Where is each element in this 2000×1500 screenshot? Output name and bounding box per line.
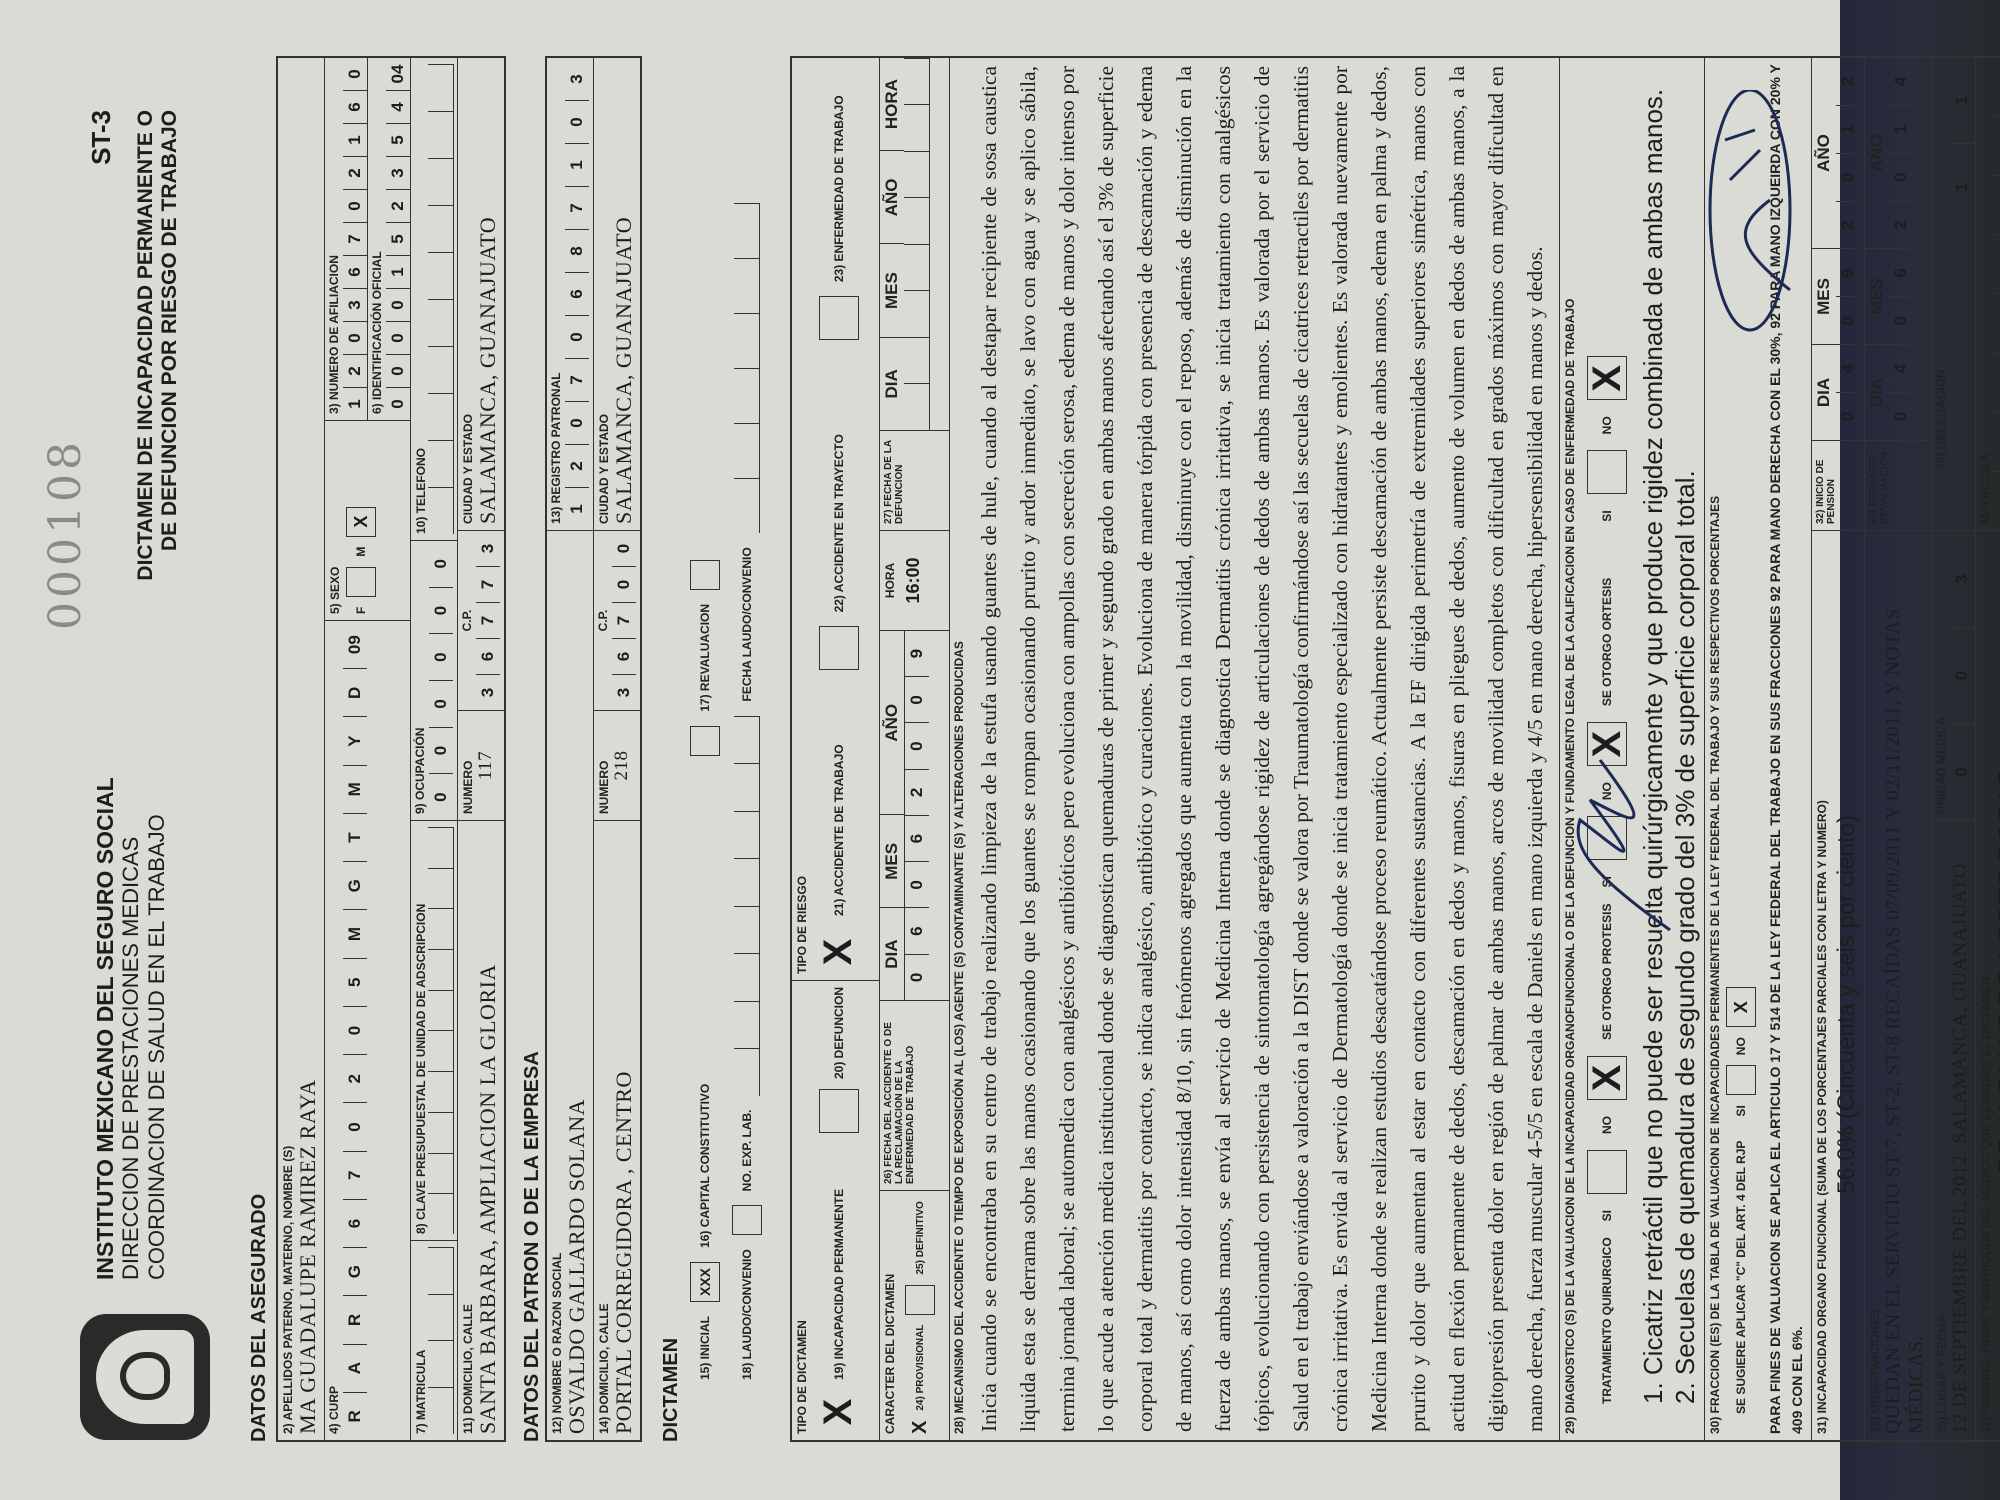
digit-cell: 0 bbox=[1994, 234, 2000, 293]
ocupacion-field: 000000 bbox=[429, 541, 453, 820]
empty-entry-cell[interactable] bbox=[428, 1071, 454, 1112]
digit-cell: 5 bbox=[343, 958, 367, 1006]
digit-cell: 0 bbox=[343, 1006, 367, 1054]
dictamen-options: 15) INICIAL XXX 16) CAPITAL CONSTITUTIVO… bbox=[690, 80, 762, 1380]
empty-entry-cell[interactable] bbox=[428, 1341, 454, 1388]
digit-cell: 9 bbox=[1836, 249, 1860, 297]
digit-cell: 1 bbox=[343, 387, 367, 420]
sexo-f-checkbox[interactable] bbox=[346, 567, 376, 597]
handwritten-folio: 000108 bbox=[40, 438, 91, 630]
empty-entry-cell[interactable] bbox=[428, 1294, 454, 1341]
mecanismo-text: Inicia cuando se encontraba en su centro… bbox=[968, 58, 1559, 1440]
accidente-trabajo-checkbox[interactable]: X bbox=[819, 930, 859, 974]
patron-block: 12) NOMBRE O RAZON SOCIALOSVALDO GALLARD… bbox=[545, 56, 642, 1442]
asegurado-domicilio: SANTA BARBARA, AMPLIACION LA GLORIA bbox=[475, 827, 501, 1434]
digit-cell: 0 bbox=[429, 680, 453, 727]
digit-cell: 0 bbox=[386, 354, 410, 387]
digit-cell: 9 bbox=[1994, 175, 2000, 234]
digit-cell: 2 bbox=[343, 1054, 367, 1102]
digit-cell: 0 bbox=[343, 58, 367, 90]
digit-cell: 4 bbox=[1889, 58, 1913, 105]
digit-cell: 6 bbox=[1994, 58, 2000, 116]
capital-checkbox[interactable] bbox=[690, 726, 720, 756]
digit-cell: 0 bbox=[905, 676, 929, 722]
empty-entry-cell[interactable] bbox=[734, 763, 760, 811]
digit-cell: 7 bbox=[612, 602, 636, 638]
digit-cell: 0 bbox=[343, 321, 367, 354]
medico-nombre: DR ALEJANDRO LOPEZ ROSAS bbox=[1993, 537, 2000, 1434]
digit-cell: 0 bbox=[429, 541, 453, 587]
empty-entry-cell[interactable] bbox=[428, 1030, 454, 1071]
protesis-no-checkbox[interactable]: X bbox=[1587, 722, 1627, 766]
digit-cell: 7 bbox=[343, 222, 367, 255]
empty-entry-cell[interactable] bbox=[734, 203, 760, 258]
digit-cell: 0 bbox=[1889, 296, 1913, 344]
digit-cell: T bbox=[343, 813, 367, 861]
digit-cell: 4 bbox=[386, 90, 410, 123]
section-patron: DATOS DEL PATRON O DE LA EMPRESA bbox=[521, 1051, 544, 1442]
digit-cell: 3 bbox=[386, 156, 410, 189]
enfermedad-checkbox[interactable] bbox=[819, 296, 859, 340]
observaciones-text: QUEDAN EN EL SERVICIO ST-7, ST-2, ST-8 R… bbox=[1882, 537, 1928, 1434]
empty-entry-cell[interactable] bbox=[428, 1193, 454, 1234]
digit-cell: 8 bbox=[1994, 116, 2000, 175]
provisional-mark[interactable]: X bbox=[909, 1421, 932, 1434]
empty-entry-cell[interactable] bbox=[428, 299, 454, 346]
digit-cell: 0 bbox=[612, 566, 636, 602]
empty-entry-cell[interactable] bbox=[428, 440, 454, 487]
empty-entry-cell[interactable] bbox=[428, 990, 454, 1031]
digit-cell: 0 bbox=[1889, 392, 1913, 440]
medico-matricula: 98380986 bbox=[1994, 58, 2000, 530]
digit-cell: 09 bbox=[343, 621, 367, 668]
digit-cell: 0 bbox=[905, 954, 929, 1000]
digit-cell: 0 bbox=[343, 189, 367, 222]
sexo-m-checkbox[interactable]: X bbox=[346, 507, 376, 537]
form-title: DICTAMEN DE INCAPACIDAD PERMANENTE O DE … bbox=[134, 110, 182, 581]
digit-cell: Y bbox=[343, 716, 367, 764]
inicio-pension: 04092012 bbox=[1836, 58, 1860, 440]
digit-cell: 9 bbox=[905, 631, 929, 676]
digit-cell: 1 bbox=[1950, 58, 1974, 144]
digit-cell: 7 bbox=[476, 602, 500, 638]
empty-entry-cell[interactable] bbox=[734, 368, 760, 423]
protesis-si-checkbox[interactable] bbox=[1587, 816, 1627, 860]
empty-entry-cell[interactable] bbox=[428, 1247, 454, 1294]
empty-entry-cell[interactable] bbox=[734, 858, 760, 906]
digit-cell: 3 bbox=[476, 674, 500, 710]
digit-cell: 04 bbox=[386, 58, 410, 90]
digit-cell: 0 bbox=[905, 723, 929, 769]
empty-entry-cell[interactable] bbox=[428, 827, 454, 868]
digit-cell: 0 bbox=[429, 773, 453, 820]
digit-cell: 3 bbox=[565, 58, 589, 100]
rjp-no-checkbox[interactable]: X bbox=[1726, 987, 1756, 1027]
digit-cell: 0 bbox=[565, 315, 589, 358]
digit-cell: 6 bbox=[905, 815, 929, 861]
digit-cell: 6 bbox=[612, 638, 636, 674]
empty-entry-cell[interactable] bbox=[428, 868, 454, 909]
digit-cell: 0 bbox=[1950, 723, 1974, 820]
empty-entry-cell[interactable] bbox=[734, 811, 760, 859]
digit-cell: 0 bbox=[386, 321, 410, 354]
empty-entry-cell[interactable] bbox=[734, 423, 760, 478]
digit-cell: 0 bbox=[429, 587, 453, 634]
digit-cell: 1 bbox=[386, 255, 410, 288]
digit-cell: 1 bbox=[343, 123, 367, 156]
fecha-revaluacion: 04062014 bbox=[1889, 58, 1913, 440]
asegurado-nombre: MA GUADALUPE RAMIREZ RAYA bbox=[295, 64, 321, 1434]
diagnostico-item: 2. Secuelas de quemadura de segundo grad… bbox=[1669, 64, 1701, 1434]
empty-entry-cell[interactable] bbox=[428, 908, 454, 949]
empty-entry-cell[interactable] bbox=[428, 111, 454, 158]
rjp-si-checkbox[interactable] bbox=[1726, 1065, 1756, 1095]
digit-cell: 8 bbox=[1994, 294, 2000, 353]
incapacidad-porcentaje: 56.0% (Cincuenta y seis por ciento) bbox=[1833, 537, 1861, 1434]
curp-field: RARG670205MGTMYD09 bbox=[343, 621, 367, 1440]
empty-entry-cell[interactable] bbox=[734, 478, 760, 533]
digit-cell: 1 bbox=[1836, 105, 1860, 153]
digit-cell: G bbox=[343, 861, 367, 909]
empty-entry-cell[interactable] bbox=[734, 953, 760, 1001]
digit-cell: 3 bbox=[476, 531, 500, 566]
empty-entry-cell[interactable] bbox=[904, 337, 930, 384]
digit-cell: 2 bbox=[565, 444, 589, 487]
digit-cell: 6 bbox=[343, 255, 367, 288]
incapacidad-checkbox[interactable]: X bbox=[819, 1390, 859, 1434]
fraccion-text: PARA FINES DE VALUACION SE APLICA EL ART… bbox=[1764, 64, 1808, 1434]
revaluacion-checkbox[interactable] bbox=[690, 560, 720, 590]
digit-cell: 1 bbox=[1950, 144, 1974, 231]
form-code: ST-3 bbox=[86, 110, 117, 165]
definitivo-checkbox[interactable] bbox=[905, 1285, 935, 1315]
st3-form-page: 000108 INSTITUTO MEXICANO DEL SEGURO SOC… bbox=[0, 0, 1840, 1500]
unidad-medica: 003 bbox=[1950, 531, 1974, 820]
digit-cell: 0 bbox=[386, 288, 410, 321]
digit-cell: 3 bbox=[1994, 353, 2000, 412]
digit-cell: 6 bbox=[343, 90, 367, 123]
section-asegurado: DATOS DEL ASEGURADO bbox=[248, 1194, 271, 1442]
digit-cell: 4 bbox=[1889, 344, 1913, 392]
digit-cell: 2 bbox=[386, 189, 410, 222]
digit-cell: 0 bbox=[343, 1102, 367, 1150]
empty-entry-cell[interactable] bbox=[734, 258, 760, 313]
afiliacion-field: 12036702160 bbox=[343, 58, 367, 420]
tratamiento-no-checkbox[interactable]: X bbox=[1587, 1056, 1627, 1100]
section-dictamen: DICTAMEN bbox=[660, 1338, 683, 1442]
digit-cell: 0 bbox=[429, 633, 453, 680]
trayecto-checkbox[interactable] bbox=[819, 626, 859, 670]
digit-cell: 6 bbox=[343, 1199, 367, 1247]
digit-cell: R bbox=[343, 1392, 367, 1440]
digit-cell: A bbox=[343, 1344, 367, 1392]
digit-cell: G bbox=[343, 1247, 367, 1295]
patron-cp: 36700 bbox=[612, 531, 636, 710]
organization-header: INSTITUTO MEXICANO DEL SEGURO SOCIAL DIR… bbox=[92, 777, 170, 1280]
digit-cell: 6 bbox=[1889, 249, 1913, 297]
empty-entry-cell[interactable] bbox=[428, 487, 454, 534]
digit-cell: M bbox=[343, 909, 367, 957]
empty-entry-cell[interactable] bbox=[734, 1048, 760, 1096]
empty-entry-cell[interactable] bbox=[734, 716, 760, 764]
empty-entry-cell[interactable] bbox=[734, 906, 760, 954]
tipo-dictamen-block: TIPO DE DICTAMEN X 19) INCAPACIDAD PERMA… bbox=[790, 56, 2000, 1442]
fecha-accidente: 06062009 bbox=[905, 631, 929, 1000]
digit-cell: 6 bbox=[476, 638, 500, 674]
empty-entry-cell[interactable] bbox=[428, 252, 454, 299]
digit-cell: 8 bbox=[565, 229, 589, 272]
defuncion-checkbox[interactable] bbox=[819, 1089, 859, 1133]
digit-cell: 0 bbox=[1836, 392, 1860, 440]
digit-cell: 0 bbox=[565, 401, 589, 444]
tratamiento-si-checkbox[interactable] bbox=[1587, 1150, 1627, 1194]
digit-cell: 0 bbox=[612, 531, 636, 566]
digit-cell: 3 bbox=[1950, 531, 1974, 627]
digit-cell: 2 bbox=[1889, 201, 1913, 249]
empty-entry-cell[interactable] bbox=[734, 1001, 760, 1049]
inicial-checkbox[interactable]: XXX bbox=[690, 1262, 720, 1302]
empty-entry-cell[interactable] bbox=[428, 346, 454, 393]
digit-cell: 1 bbox=[565, 487, 589, 530]
empty-entry-cell[interactable] bbox=[734, 313, 760, 368]
empty-entry-cell[interactable] bbox=[428, 1387, 454, 1434]
ortesis-no-checkbox[interactable]: X bbox=[1587, 356, 1627, 400]
digit-cell: 3 bbox=[343, 288, 367, 321]
digit-cell: 2 bbox=[1836, 58, 1860, 105]
digit-cell: 0 bbox=[1889, 153, 1913, 201]
empty-entry-cell[interactable] bbox=[904, 244, 930, 291]
digit-cell: 0 bbox=[565, 100, 589, 143]
digit-cell: 1 bbox=[1889, 105, 1913, 153]
empty-entry-cell[interactable] bbox=[428, 949, 454, 990]
empty-entry-cell[interactable] bbox=[904, 151, 930, 198]
digit-cell: M bbox=[343, 765, 367, 813]
empty-entry-cell[interactable] bbox=[428, 158, 454, 205]
empty-entry-cell[interactable] bbox=[428, 1153, 454, 1194]
digit-cell: 8 bbox=[1994, 412, 2000, 471]
digit-cell: 0 bbox=[905, 861, 929, 907]
digit-cell: 2 bbox=[905, 769, 929, 815]
digit-cell: 1 bbox=[565, 143, 589, 186]
empty-entry-cell[interactable] bbox=[904, 105, 930, 152]
delegacion: 11 bbox=[1950, 58, 1974, 230]
empty-entry-cell[interactable] bbox=[428, 64, 454, 111]
digit-cell: 3 bbox=[612, 674, 636, 710]
diagnostico-item: 1. Cicatriz retráctil que no puede ser r… bbox=[1637, 64, 1669, 1434]
digit-cell: R bbox=[343, 1295, 367, 1343]
digit-cell: 9 bbox=[1994, 471, 2000, 530]
digit-cell: 4 bbox=[1836, 344, 1860, 392]
empty-entry-cell[interactable] bbox=[904, 291, 930, 338]
digit-cell: D bbox=[343, 668, 367, 716]
digit-cell: 7 bbox=[565, 358, 589, 401]
empty-entry-cell[interactable] bbox=[428, 393, 454, 440]
empty-entry-cell[interactable] bbox=[904, 198, 930, 245]
digit-cell: 0 bbox=[386, 387, 410, 420]
digit-cell: 2 bbox=[1836, 201, 1860, 249]
laudo-checkbox[interactable] bbox=[732, 1205, 762, 1235]
digit-cell: 0 bbox=[1950, 627, 1974, 724]
empty-entry-cell[interactable] bbox=[428, 1112, 454, 1153]
digit-cell: 0 bbox=[1836, 296, 1860, 344]
identificacion-field: 000015235404 bbox=[386, 58, 410, 420]
digit-cell: 7 bbox=[343, 1151, 367, 1199]
digit-cell: 2 bbox=[343, 354, 367, 387]
digit-cell: 0 bbox=[1836, 153, 1860, 201]
digit-cell: 7 bbox=[565, 186, 589, 229]
ortesis-si-checkbox[interactable] bbox=[1587, 450, 1627, 494]
digit-cell: 2 bbox=[343, 156, 367, 189]
digit-cell: 6 bbox=[905, 908, 929, 954]
imss-logo-icon bbox=[80, 1314, 210, 1440]
digit-cell: 0 bbox=[429, 727, 453, 774]
empty-entry-cell[interactable] bbox=[904, 384, 930, 431]
empty-entry-cell[interactable] bbox=[428, 205, 454, 252]
digit-cell: 7 bbox=[476, 566, 500, 602]
asegurado-block: 2) APELLIDOS PATERNO, MATERNO, NOMBRE (S… bbox=[276, 56, 506, 1442]
empty-entry-cell[interactable] bbox=[904, 58, 930, 105]
digit-cell: 5 bbox=[386, 123, 410, 156]
registro-patronal: 12070687103 bbox=[565, 58, 589, 530]
digit-cell: 6 bbox=[565, 272, 589, 315]
asegurado-cp: 36773 bbox=[476, 531, 500, 710]
digit-cell: 5 bbox=[386, 222, 410, 255]
